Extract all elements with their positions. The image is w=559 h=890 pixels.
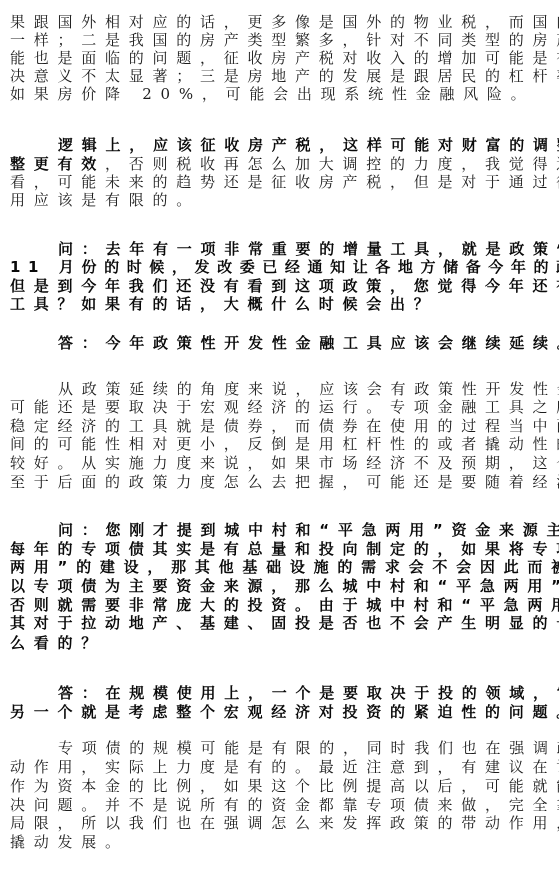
text-line: 11 月份的时候，发改委已经通知让各地方储备今年的政治性开发性工具的项目， — [10, 258, 550, 277]
text-line: 但是到今年我们还没有看到这项政策，您觉得今年还有没有政策性开发性金融 — [10, 277, 550, 296]
text-line: 决问题。并不是说所有的资金都靠专项债来做，完全靠债务来解决会有一定的 — [10, 796, 550, 815]
text-line: 另一个就是考虑整个宏观经济对投资的紧迫性的问题。 — [10, 703, 550, 722]
text-line: 间的可能性相对更小，反倒是用杠杆性的或者撬动性的金融工具效果可能会比 — [10, 435, 550, 454]
text-line: 用应该是有限的。 — [10, 191, 550, 210]
text-line: 么看的？ — [10, 634, 550, 653]
text-line: 问：去年有一项非常重要的增量工具，就是政策性开发性金融工具，去年 — [58, 240, 559, 259]
text-line: 局限，所以我们也在强调怎么来发挥政策的带动作用，通过杠杆的放大作用来 — [10, 814, 550, 833]
text-line: 以专项债为主要资金来源，那么城中村和“平急两用”的体量应该不会太大， — [10, 577, 550, 596]
text-line: 其对于拉动地产、基建、固投是否也不会产生明显的长期拉动力，这点您是怎 — [10, 614, 550, 633]
text-line: 专项债的规模可能是有限的，同时我们也在强调政府投资和政策的有效带 — [58, 739, 559, 758]
text-line: 作为资本金的比例，如果这个比例提高以后，可能就能够撬动其他的资金来解 — [10, 777, 550, 796]
document-page: 果跟国外相对应的话，更多像是国外的物业税，而国内外的房屋的管理模式不 一样；二是… — [0, 0, 559, 890]
text-line: 答：今年政策性开发性金融工具应该会继续延续。 — [58, 334, 559, 353]
regular-segment: ，否则税收再怎么加大调控的力度，我觉得还是非常有限的。由此来 — [105, 155, 559, 173]
text-line: 答：在规模使用上，一个是要取决于投的领域，它项目本身的有效性问题， — [58, 684, 559, 703]
text-line-bold: 逻辑上，应该征收房产税，这样可能对财富的调整，对整个收入差距的调 — [58, 136, 559, 155]
text-line: 一样；二是我国的房产类型繁多，针对不同类型的房产怎么去设计房产税，可 — [10, 31, 550, 50]
text-line: 较好。从实施力度来说，如果市场经济不及预期，这个政策应该是大概率会用， — [10, 454, 550, 473]
text-line: 两用”的建设，那其他基础设施的需求会不会因此而被挤占呢？此外，如果是 — [10, 558, 550, 577]
text-line: 看，可能未来的趋势还是征收房产税，但是对于通过征收去解决财政问题的作 — [10, 173, 550, 192]
text-line: 工具？如果有的话，大概什么时候会出？ — [10, 295, 550, 314]
text-line: 能也是面临的问题，征收房产税对收入的增加可能是有限的，对财政的困难解 — [10, 49, 550, 68]
text-line: 动作用，实际上力度是有的。最近注意到，有建议在说怎么进一步扩大专项债 — [10, 758, 550, 777]
text-line: 至于后面的政策力度怎么去把握，可能还是要随着经济运行的形势边走边看。 — [10, 473, 550, 492]
text-line-mixed: 整更有效，否则税收再怎么加大调控的力度，我觉得还是非常有限的。由此来 — [10, 155, 550, 174]
text-line: 每年的专项债其实是有总量和投向制定的，如果将专项债用于城中村和“平急 — [10, 540, 550, 559]
text-line: 从政策延续的角度来说，应该会有政策性开发性金融工具，但是实施力度 — [58, 380, 559, 399]
text-line: 决意义不太显著；三是房地产的发展是跟居民的杠杆率同步的，在这个情况下， — [10, 67, 550, 86]
text-line: 稳定经济的工具就是债券，而债券在使用的过程当中面临红线的约束，增加空 — [10, 417, 550, 436]
text-line: 如果房价降 20%，可能会出现系统性金融风险。 — [10, 85, 550, 104]
text-line: 可能还是要取决于宏观经济的运行。专项金融工具之所以需要用就是因为现在 — [10, 398, 550, 417]
text-line: 问：您刚才提到城中村和“平急两用”资金来源主要是地方政府的专项债， — [58, 521, 559, 540]
bold-segment: 整更有效 — [10, 155, 105, 173]
text-line: 果跟国外相对应的话，更多像是国外的物业税，而国内外的房屋的管理模式不 — [10, 13, 550, 32]
text-line: 撬动发展。 — [10, 833, 550, 852]
text-line: 否则就需要非常庞大的投资。由于城中村和“平急两用”的体量不会太大，那 — [10, 596, 550, 615]
